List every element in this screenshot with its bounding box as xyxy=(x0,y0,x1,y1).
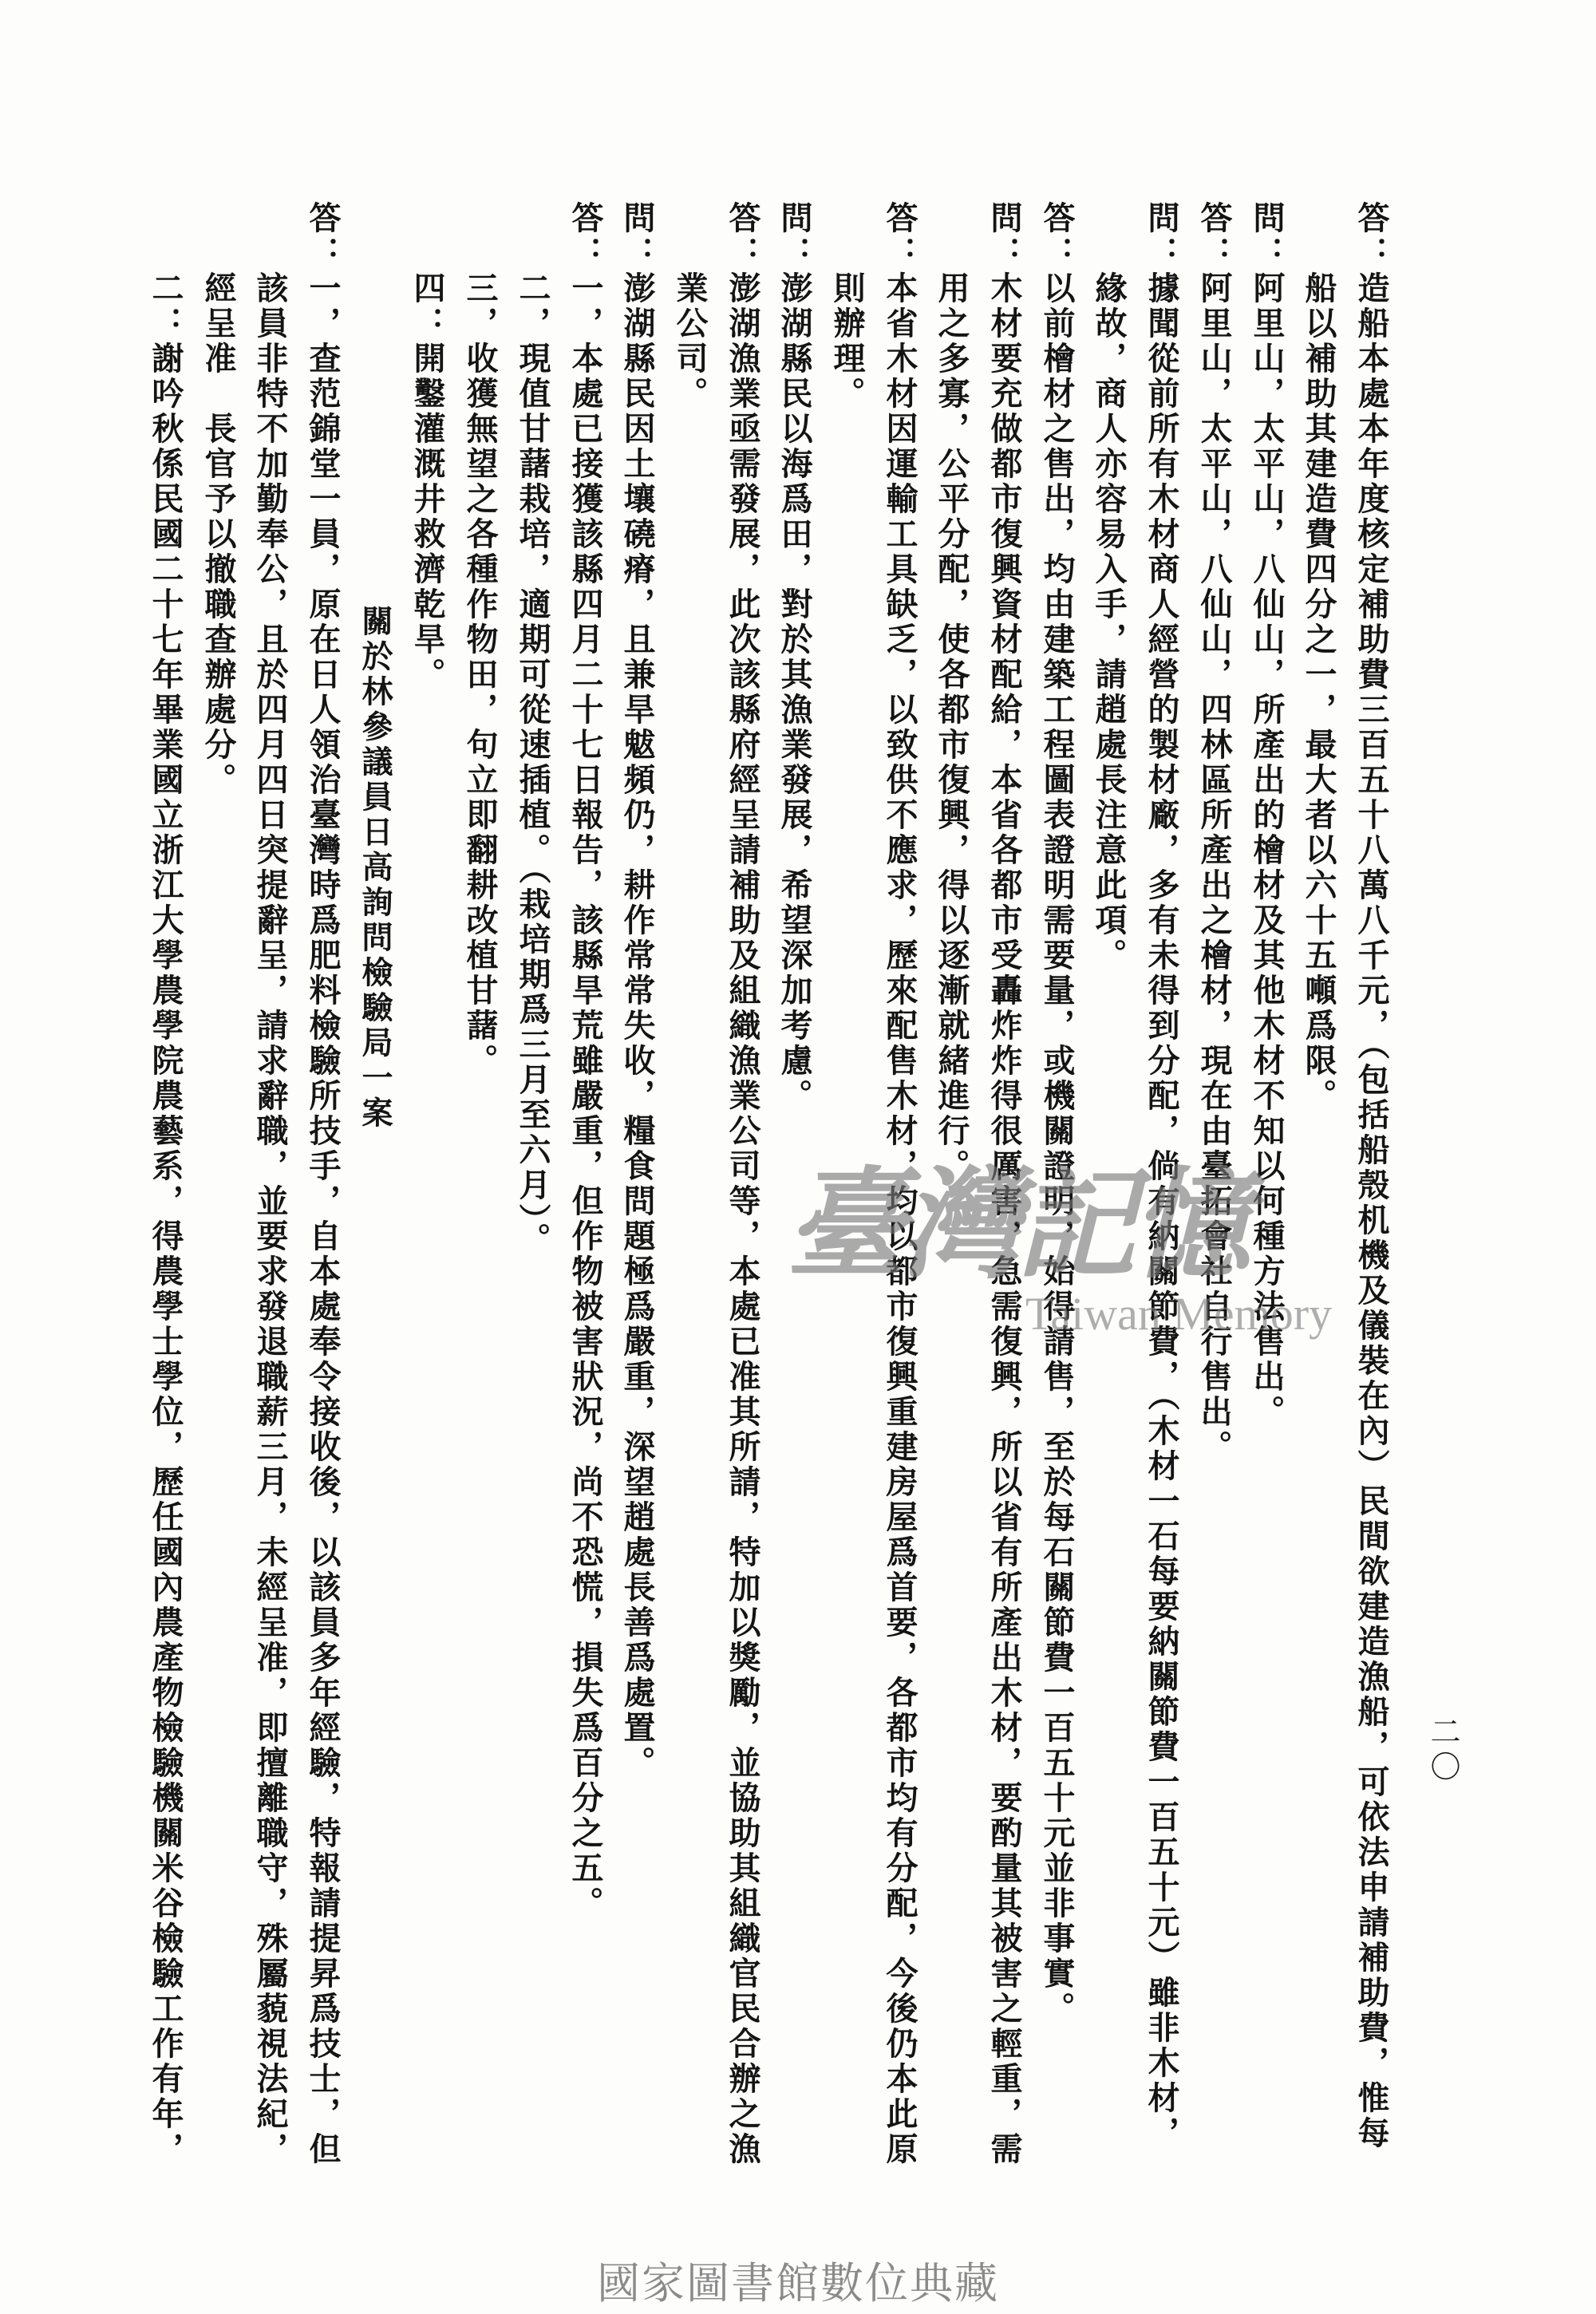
answer-column: 答：以前檜材之售出，均由建築工程圖表證明需要量，或機關證明，始得請售，至於每石關… xyxy=(1039,201,1074,2027)
answer-column: 答：一，本處已接獲該縣四月二十七日報告，該縣旱荒雖嚴重，但作物被害狀況，尚不恐慌… xyxy=(567,201,602,1921)
question-column: 問：澎湖縣民以海爲田，對於其漁業發展，希望深加考慮。 xyxy=(776,201,812,1114)
answer-item-column: 三，收獲無望之各種作物田，句立即翻耕改植甘藷。 xyxy=(462,271,497,1079)
answer-column: 答：造船本處本年度核定補助費三百五十八萬八千元，（包括船殼机機及儀裝在內）民間欲… xyxy=(1353,201,1389,2151)
question-column: 問：澎湖縣民因土壤磽瘠，且兼旱魃頻仍，耕作常常失收，糧食問題極爲嚴重，深望趙處長… xyxy=(619,201,654,1781)
document-page: 二〇 答：造船本處本年度核定補助費三百五十八萬八千元，（包括船殼机機及儀裝在內）… xyxy=(0,0,1596,2314)
question-column: 問：阿里山，太平山，八仙山，所產出的檜材及其他木材不知以何種方法售出。 xyxy=(1249,201,1284,1430)
continuation-column: 用之多寡，公平分配，使各都市復興，得以逐漸就緒進行。 xyxy=(934,271,969,1184)
answer-column: 答：澎湖漁業亟需發展，此次該縣府經呈請補助及組織漁業公司等，本處已准其所請，特加… xyxy=(725,201,760,2167)
footer-collection-label: 國家圖書館數位典藏 xyxy=(0,2258,1596,2309)
continuation-column: 經呈准 長官予以撤職查辦處分。 xyxy=(200,271,235,798)
continuation-column: 業公司。 xyxy=(672,271,707,412)
watermark-subtitle: Taiwan Memory xyxy=(1025,1286,1332,1342)
continuation-column: 船以補助其建造費四分之一，最大者以六十五噸爲限。 xyxy=(1301,271,1336,1114)
answer-item-column: 四：開鑿灌溉井救濟乾旱。 xyxy=(409,271,444,693)
answer-item-column: 二，現值甘藷栽培，適期可從速插植。（栽培期爲三月至六月）。 xyxy=(515,271,550,1258)
continuation-column: 該員非特不加勤奉公，且於四月四日突提辭呈，請求辭職，並要求發退職薪三月，未經呈准… xyxy=(252,271,287,2167)
continuation-column: 緣故，商人亦容易入手，請趙處長注意此項。 xyxy=(1091,271,1126,973)
watermark-title: 臺灣記憶 xyxy=(786,1149,1246,1301)
page-number: 二〇 xyxy=(1427,1716,1459,1786)
continuation-column: 則辦理。 xyxy=(829,271,864,412)
answer-item-column: 二：謝吟秋係民國二十七年畢業國立浙江大學農學院農藝系，得農學士學位，歷任國內農產… xyxy=(148,271,183,2167)
section-heading: 關於林參議員日高詢問檢驗局一案 xyxy=(358,605,393,1131)
answer-column: 答：一，查范錦堂一員，原在日人領治臺灣時爲肥料檢驗所技手，自本處奉令接收後，以該… xyxy=(305,201,340,2167)
